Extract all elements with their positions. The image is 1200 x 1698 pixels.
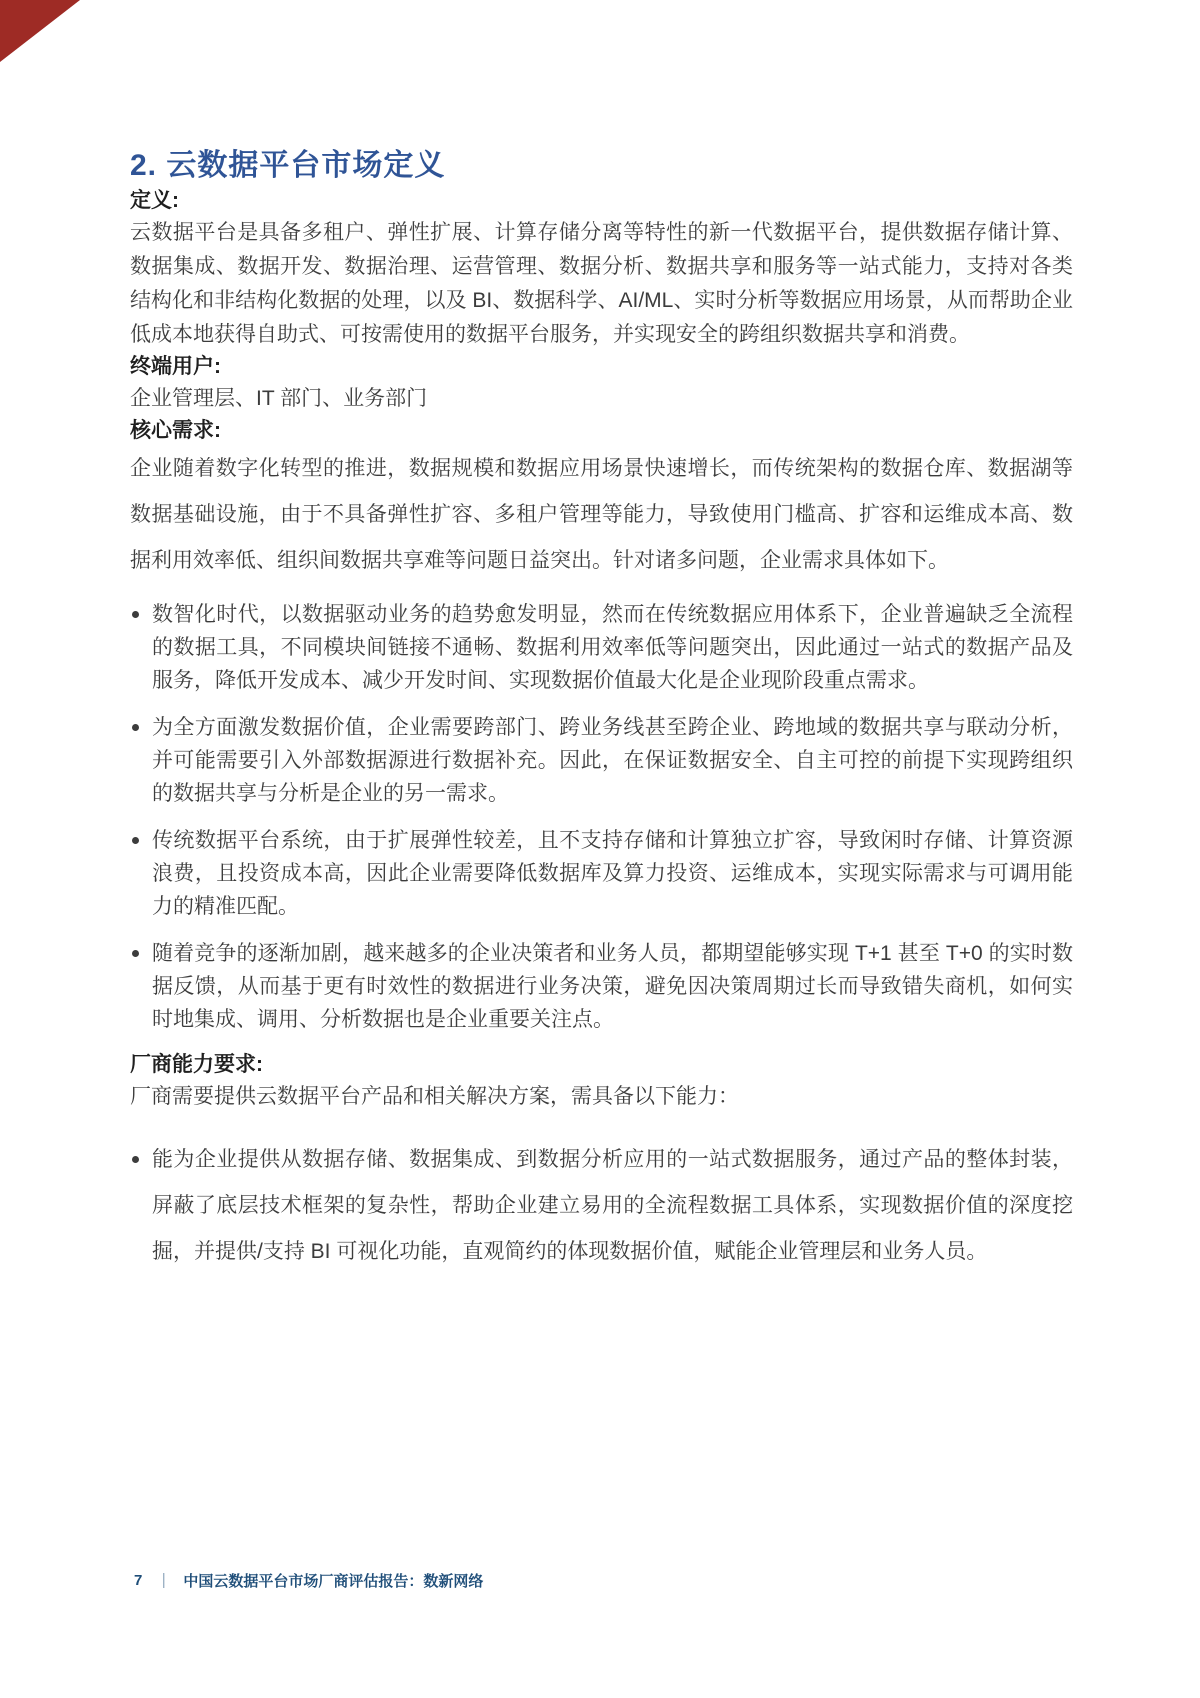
- page-footer: 7 ｜ 中国云数据平台市场厂商评估报告：数新网络: [134, 1570, 483, 1591]
- list-item: 能为企业提供从数据存储、数据集成、到数据分析应用的一站式数据服务，通过产品的整体…: [130, 1137, 1073, 1275]
- section-core-needs: 核心需求: 企业随着数字化转型的推进，数据规模和数据应用场景快速增长，而传统架构…: [130, 416, 1073, 1036]
- corner-triangle-shape: [0, 0, 80, 62]
- end-users-body: 企业管理层、IT 部门、业务部门: [130, 382, 1073, 416]
- bullet-icon: [132, 837, 139, 844]
- list-item: 为全方面激发数据价值，企业需要跨部门、跨业务线甚至跨企业、跨地域的数据共享与联动…: [130, 711, 1073, 810]
- bullet-icon: [132, 611, 139, 618]
- bullet-icon: [132, 1156, 139, 1163]
- list-item-text: 传统数据平台系统，由于扩展弹性较差，且不支持存储和计算独立扩容，导致闲时存储、计…: [152, 829, 1073, 918]
- core-needs-list: 数智化时代，以数据驱动业务的趋势愈发明显，然而在传统数据应用体系下，企业普遍缺乏…: [130, 598, 1073, 1036]
- page-title: 2. 云数据平台市场定义: [130, 146, 1073, 186]
- list-item-text: 数智化时代，以数据驱动业务的趋势愈发明显，然而在传统数据应用体系下，企业普遍缺乏…: [152, 603, 1073, 692]
- list-item-text: 为全方面激发数据价值，企业需要跨部门、跨业务线甚至跨企业、跨地域的数据共享与联动…: [152, 716, 1073, 805]
- list-item-text: 能为企业提供从数据存储、数据集成、到数据分析应用的一站式数据服务，通过产品的整体…: [152, 1148, 1073, 1263]
- vendor-requirements-list: 能为企业提供从数据存储、数据集成、到数据分析应用的一站式数据服务，通过产品的整体…: [130, 1137, 1073, 1275]
- section-vendor-requirements: 厂商能力要求: 厂商需要提供云数据平台产品和相关解决方案，需具备以下能力： 能为…: [130, 1050, 1073, 1275]
- bullet-icon: [132, 950, 139, 957]
- end-users-label: 终端用户:: [130, 352, 1073, 382]
- corner-triangle-decoration: [0, 0, 80, 62]
- core-needs-intro: 企业随着数字化转型的推进，数据规模和数据应用场景快速增长，而传统架构的数据仓库、…: [130, 446, 1073, 584]
- vendor-requirements-label: 厂商能力要求:: [130, 1050, 1073, 1080]
- document-page: 2. 云数据平台市场定义 定义: 云数据平台是具备多租户、弹性扩展、计算存储分离…: [0, 0, 1200, 1698]
- list-item: 传统数据平台系统，由于扩展弹性较差，且不支持存储和计算独立扩容，导致闲时存储、计…: [130, 824, 1073, 923]
- footer-separator: ｜: [156, 1570, 171, 1591]
- section-definition: 定义: 云数据平台是具备多租户、弹性扩展、计算存储分离等特性的新一代数据平台，提…: [130, 186, 1073, 352]
- section-end-users: 终端用户: 企业管理层、IT 部门、业务部门: [130, 352, 1073, 416]
- list-item-text: 随着竞争的逐渐加剧，越来越多的企业决策者和业务人员，都期望能够实现 T+1 甚至…: [152, 942, 1073, 1031]
- list-item: 数智化时代，以数据驱动业务的趋势愈发明显，然而在传统数据应用体系下，企业普遍缺乏…: [130, 598, 1073, 697]
- page-number: 7: [134, 1572, 142, 1589]
- definition-label: 定义:: [130, 186, 1073, 216]
- definition-body: 云数据平台是具备多租户、弹性扩展、计算存储分离等特性的新一代数据平台，提供数据存…: [130, 216, 1073, 352]
- vendor-requirements-intro: 厂商需要提供云数据平台产品和相关解决方案，需具备以下能力：: [130, 1080, 1073, 1114]
- list-item: 随着竞争的逐渐加剧，越来越多的企业决策者和业务人员，都期望能够实现 T+1 甚至…: [130, 937, 1073, 1036]
- bullet-icon: [132, 724, 139, 731]
- core-needs-label: 核心需求:: [130, 416, 1073, 446]
- footer-report-title: 中国云数据平台市场厂商评估报告：数新网络: [183, 1570, 483, 1591]
